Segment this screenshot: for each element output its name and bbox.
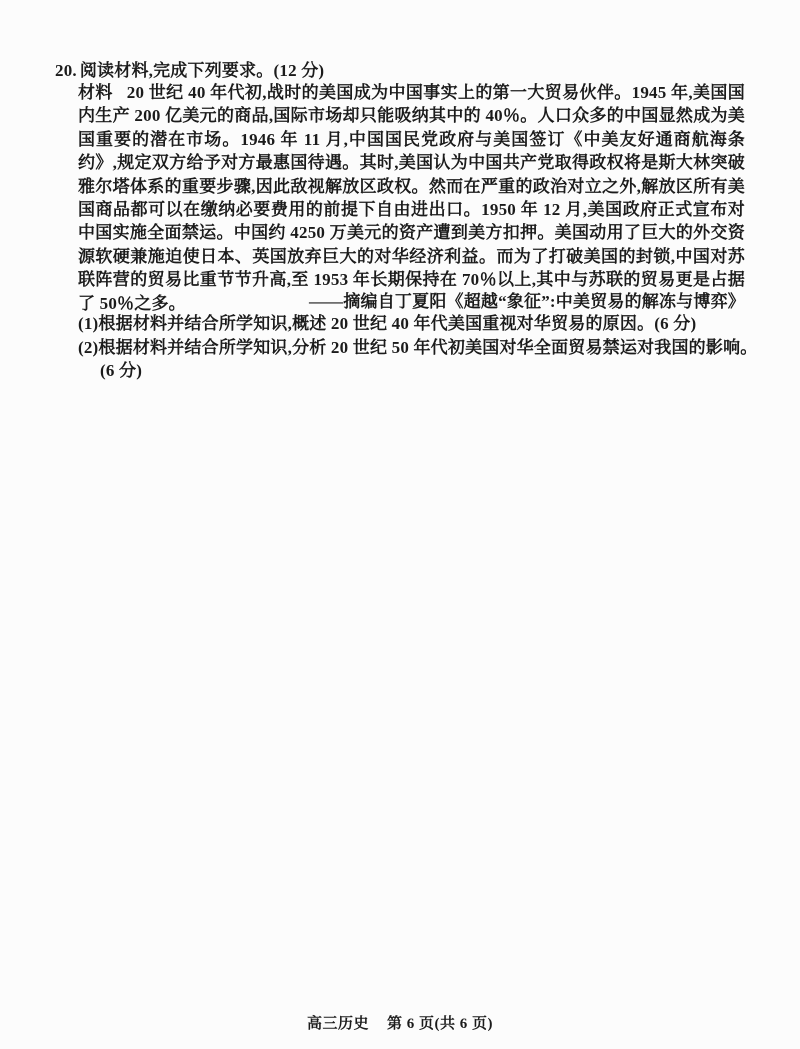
page-footer: 高三历史第 6 页(共 6 页) <box>0 1012 800 1033</box>
question-prompt: 阅读材料,完成下列要求。(12 分) <box>80 61 324 80</box>
footer-page-indicator: 第 6 页(共 6 页) <box>387 1016 493 1032</box>
question-header: 20.阅读材料,完成下列要求。(12 分) <box>55 56 324 81</box>
material-paragraph: 材料20 世纪 40 年代初,战时的美国成为中国事实上的第一大贸易伙伴。1945… <box>78 81 745 315</box>
exam-page: 20.阅读材料,完成下列要求。(12 分) 材料20 世纪 40 年代初,战时的… <box>0 0 800 1049</box>
material-text: 20 世纪 40 年代初,战时的美国成为中国事实上的第一大贸易伙伴。1945 年… <box>78 83 745 313</box>
sub-question-1: (1)根据材料并结合所学知识,概述 20 世纪 40 年代美国重视对华贸易的原因… <box>78 312 770 335</box>
material-attribution: ——摘编自丁夏阳《超越“象征”:中美贸易的解冻与博弈》 <box>78 290 745 313</box>
material-label: 材料 <box>78 83 113 102</box>
sub-question-2: (2)根据材料并结合所学知识,分析 20 世纪 50 年代初美国对华全面贸易禁运… <box>78 336 770 383</box>
footer-subject: 高三历史 <box>307 1016 369 1032</box>
question-number: 20. <box>55 61 77 80</box>
